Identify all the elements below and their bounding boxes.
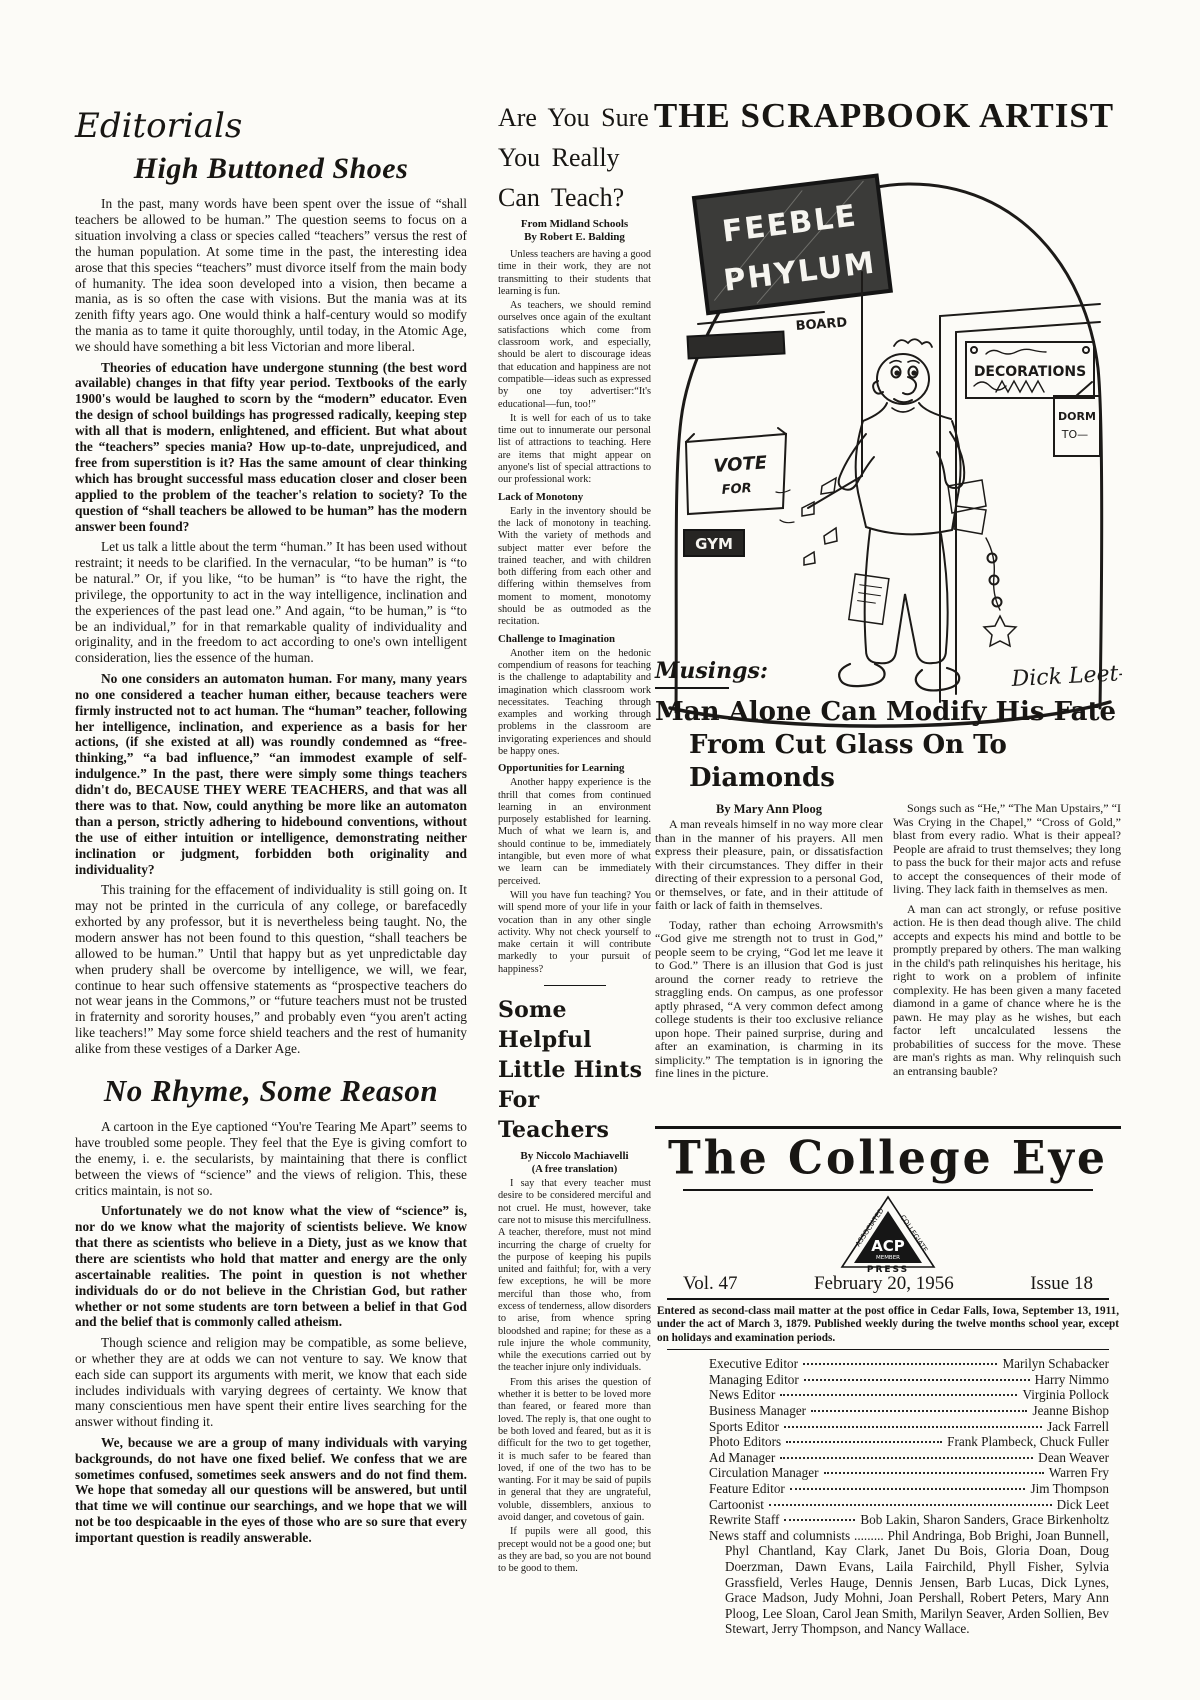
- article1-paragraph: Unless teachers are having a good time i…: [498, 249, 651, 298]
- newspaper-editorial-page: Editorials High Buttoned Shoes In the pa…: [0, 0, 1200, 1700]
- article1-title: Are You Sure You Really Can Teach?: [498, 98, 651, 218]
- article2-byline: By Niccolo Machiavelli: [498, 1150, 651, 1163]
- staff-row: Photo EditorsFrank Plambeck, Chuck Fulle…: [709, 1434, 1109, 1450]
- article1-title-line: Can Teach?: [498, 178, 651, 218]
- vote-label: VOTE: [713, 452, 769, 477]
- dot-leader: [784, 1519, 855, 1521]
- article1-subhead: Lack of Monotony: [498, 490, 651, 504]
- staff-row: Circulation ManagerWarren Fry: [709, 1465, 1109, 1481]
- article1-title-line: Are You Sure: [498, 98, 651, 138]
- article1-source: From Midland Schools: [498, 218, 651, 231]
- article2-note: (A free translation): [498, 1163, 651, 1176]
- cartoon-title: THE SCRAPBOOK ARTIST: [648, 96, 1120, 136]
- staff-row: Feature EditorJim Thompson: [709, 1481, 1109, 1497]
- dot-leader: [780, 1457, 1033, 1459]
- cartoon-man-figure: [776, 339, 1016, 690]
- editorial1-title: High Buttoned Shoes: [75, 152, 467, 186]
- dot-leader: [811, 1410, 1027, 1412]
- gym-sign: GYM: [684, 530, 744, 556]
- article2-title-line: Little Hints: [498, 1055, 651, 1085]
- staff-name: Frank Plambeck, Chuck Fuller: [947, 1434, 1109, 1450]
- staff-name: Jeanne Bishop: [1032, 1403, 1109, 1419]
- dot-leader: [824, 1472, 1044, 1474]
- staff-role: Managing Editor: [709, 1372, 799, 1388]
- staff-name: Bob Lakin, Sharon Sanders, Grace Birkenh…: [860, 1512, 1109, 1528]
- staff-row: Executive EditorMarilyn Schabacker: [709, 1356, 1109, 1372]
- staff-row: Sports EditorJack Farrell: [709, 1419, 1109, 1435]
- musings-section: Musings: Man Alone Can Modify His Fate F…: [655, 658, 1121, 1087]
- article2-paragraph: I say that every teacher must desire to …: [498, 1178, 651, 1375]
- musings-kicker: Musings:: [655, 658, 1121, 684]
- editorial1-paragraph: No one considers an automaton human. For…: [75, 671, 467, 878]
- staff-role: Rewrite Staff: [709, 1512, 779, 1528]
- volume-number: Vol. 47: [683, 1273, 738, 1295]
- editorial2-title: No Rhyme, Some Reason: [75, 1073, 467, 1109]
- dot-leader: [803, 1363, 997, 1365]
- editorial2-paragraph: Unfortunately we do not know what the vi…: [75, 1203, 467, 1330]
- article1-paragraph: Will you have fun teaching? You will spe…: [498, 890, 651, 976]
- staff-role: Ad Manager: [709, 1450, 775, 1466]
- staff-role: Circulation Manager: [709, 1465, 819, 1481]
- article1-byline: By Robert E. Balding: [498, 231, 651, 244]
- staff-name: Warren Fry: [1049, 1465, 1109, 1481]
- decorations-sign: DECORATIONS: [966, 342, 1094, 398]
- article2-title: Some Helpful Little Hints For Teachers: [498, 995, 651, 1145]
- gym-label: GYM: [695, 535, 733, 553]
- staff-row: Managing EditorHarry Nimmo: [709, 1372, 1109, 1388]
- middle-column: Are You Sure You Really Can Teach? From …: [498, 98, 651, 1578]
- dot-leader: [804, 1379, 1030, 1381]
- staff-name: Virginia Pollock: [1022, 1387, 1109, 1403]
- editorial2-paragraph: We, because we are a group of many indiv…: [75, 1435, 467, 1546]
- staff-role: Feature Editor: [709, 1481, 785, 1497]
- staff-row: Rewrite StaffBob Lakin, Sharon Sanders, …: [709, 1512, 1109, 1528]
- masthead-thin-rule: [667, 1349, 1109, 1350]
- decorations-label: DECORATIONS: [974, 364, 1086, 380]
- staff-row: Business ManagerJeanne Bishop: [709, 1403, 1109, 1419]
- masthead: The College Eye ASSOCIATED COLLEGIATE AC…: [655, 1126, 1121, 1637]
- staff-role: News Editor: [709, 1387, 775, 1403]
- dot-leader: [790, 1488, 1026, 1490]
- article1-subhead: Challenge to Imagination: [498, 632, 651, 646]
- musings-title-line2: From Cut Glass On To Diamonds: [655, 729, 1121, 795]
- staff-name: Jack Farrell: [1047, 1419, 1109, 1435]
- staff-role: Cartoonist: [709, 1497, 764, 1513]
- section-divider: [544, 985, 606, 986]
- staff-row: CartoonistDick Leet: [709, 1497, 1109, 1513]
- musings-column-1: By Mary Ann Ploog A man reveals himself …: [655, 802, 883, 1087]
- staff-role: Sports Editor: [709, 1419, 779, 1435]
- editorial1-paragraph: This training for the effacement of indi…: [75, 882, 467, 1057]
- acp-press-logo: ASSOCIATED COLLEGIATE ACP MEMBER PRESS: [838, 1195, 938, 1273]
- second-class-notice: Entered as second-class mail matter at t…: [657, 1305, 1119, 1345]
- acp-member-label: MEMBER: [876, 1255, 900, 1261]
- staff-name: Marilyn Schabacker: [1002, 1356, 1109, 1372]
- masthead-rule: [683, 1189, 1093, 1191]
- issue-number: Issue 18: [1030, 1273, 1093, 1295]
- staff-name: Jim Thompson: [1030, 1481, 1109, 1497]
- staff-role: Executive Editor: [709, 1356, 798, 1372]
- article1-paragraph: Another item on the hedonic compendium o…: [498, 648, 651, 759]
- editorial1-paragraph: In the past, many words have been spent …: [75, 196, 467, 355]
- staff-role: Business Manager: [709, 1403, 806, 1419]
- staff-role: Photo Editors: [709, 1434, 781, 1450]
- left-column: Editorials High Buttoned Shoes In the pa…: [75, 106, 467, 1551]
- musings-paragraph: A man can act strongly, or refuse positi…: [893, 903, 1121, 1079]
- article1-paragraph: It is well for each of us to take time o…: [498, 413, 651, 487]
- staff-name: Dick Leet: [1057, 1497, 1109, 1513]
- vote-for-label: FOR: [721, 481, 752, 498]
- volume-date-row: Vol. 47 February 20, 1956 Issue 18: [667, 1273, 1109, 1300]
- vote-poster: VOTE FOR: [686, 428, 786, 514]
- staff-name: Harry Nimmo: [1035, 1372, 1109, 1388]
- musings-column-2: Songs such as “He,” “The Man Upstairs,” …: [893, 802, 1121, 1087]
- article2-title-line: Some Helpful: [498, 995, 651, 1055]
- musings-paragraph: Songs such as “He,” “The Man Upstairs,” …: [893, 802, 1121, 897]
- staff-list: Executive EditorMarilyn Schabacker Manag…: [709, 1356, 1109, 1637]
- acp-label: ACP: [871, 1237, 905, 1255]
- article1-paragraph: Another happy experience is the thrill t…: [498, 777, 651, 888]
- editorial2-paragraph: Though science and religion may be compa…: [75, 1335, 467, 1430]
- editorial1-paragraph: Theories of education have undergone stu…: [75, 360, 467, 535]
- acp-press-label: PRESS: [867, 1265, 909, 1273]
- staff-name: Dean Weaver: [1038, 1450, 1109, 1466]
- editorial2-paragraph: A cartoon in the Eye captioned “You're T…: [75, 1119, 467, 1199]
- musings-paragraph: A man reveals himself in no way more cle…: [655, 818, 883, 913]
- article1-title-line: You Really: [498, 138, 651, 178]
- article2-paragraph: From this arises the question of whether…: [498, 1377, 651, 1525]
- dot-leader: [784, 1426, 1042, 1428]
- editorial1-paragraph: Let us talk a little about the term “hum…: [75, 539, 467, 666]
- dot-leader: [786, 1441, 942, 1443]
- dot-leader: [769, 1504, 1052, 1506]
- musings-columns: By Mary Ann Ploog A man reveals himself …: [655, 802, 1121, 1087]
- newspaper-name: The College Eye: [655, 1132, 1121, 1187]
- section-label-editorials: Editorials: [75, 106, 467, 146]
- dorm-to-label: TO—: [1061, 428, 1088, 441]
- issue-date: February 20, 1956: [814, 1273, 954, 1295]
- dorm-label: DORM: [1058, 410, 1096, 423]
- staff-row: News EditorVirginia Pollock: [709, 1387, 1109, 1403]
- article2-paragraph: If pupils were all good, this precept wo…: [498, 1526, 651, 1575]
- acp-logo-wrap: ASSOCIATED COLLEGIATE ACP MEMBER PRESS: [655, 1195, 1121, 1273]
- staff-row: Ad ManagerDean Weaver: [709, 1450, 1109, 1466]
- article1-paragraph: Early in the inventory should be the lac…: [498, 506, 651, 629]
- article2-title-line: For Teachers: [498, 1085, 651, 1145]
- musings-paragraph: Today, rather than echoing Arrowsmith's …: [655, 919, 883, 1081]
- article1-subhead: Opportunities for Learning: [498, 761, 651, 775]
- musings-byline: By Mary Ann Ploog: [655, 802, 883, 817]
- dot-leader: [780, 1394, 1017, 1396]
- kicker-rule: [655, 687, 729, 689]
- musings-title-line1: Man Alone Can Modify His Fate: [655, 696, 1121, 729]
- board-label: BOARD: [795, 315, 848, 334]
- article1-paragraph: As teachers, we should remind ourselves …: [498, 300, 651, 411]
- news-staff-and-columnists: News staff and columnists ......... Phil…: [709, 1528, 1109, 1637]
